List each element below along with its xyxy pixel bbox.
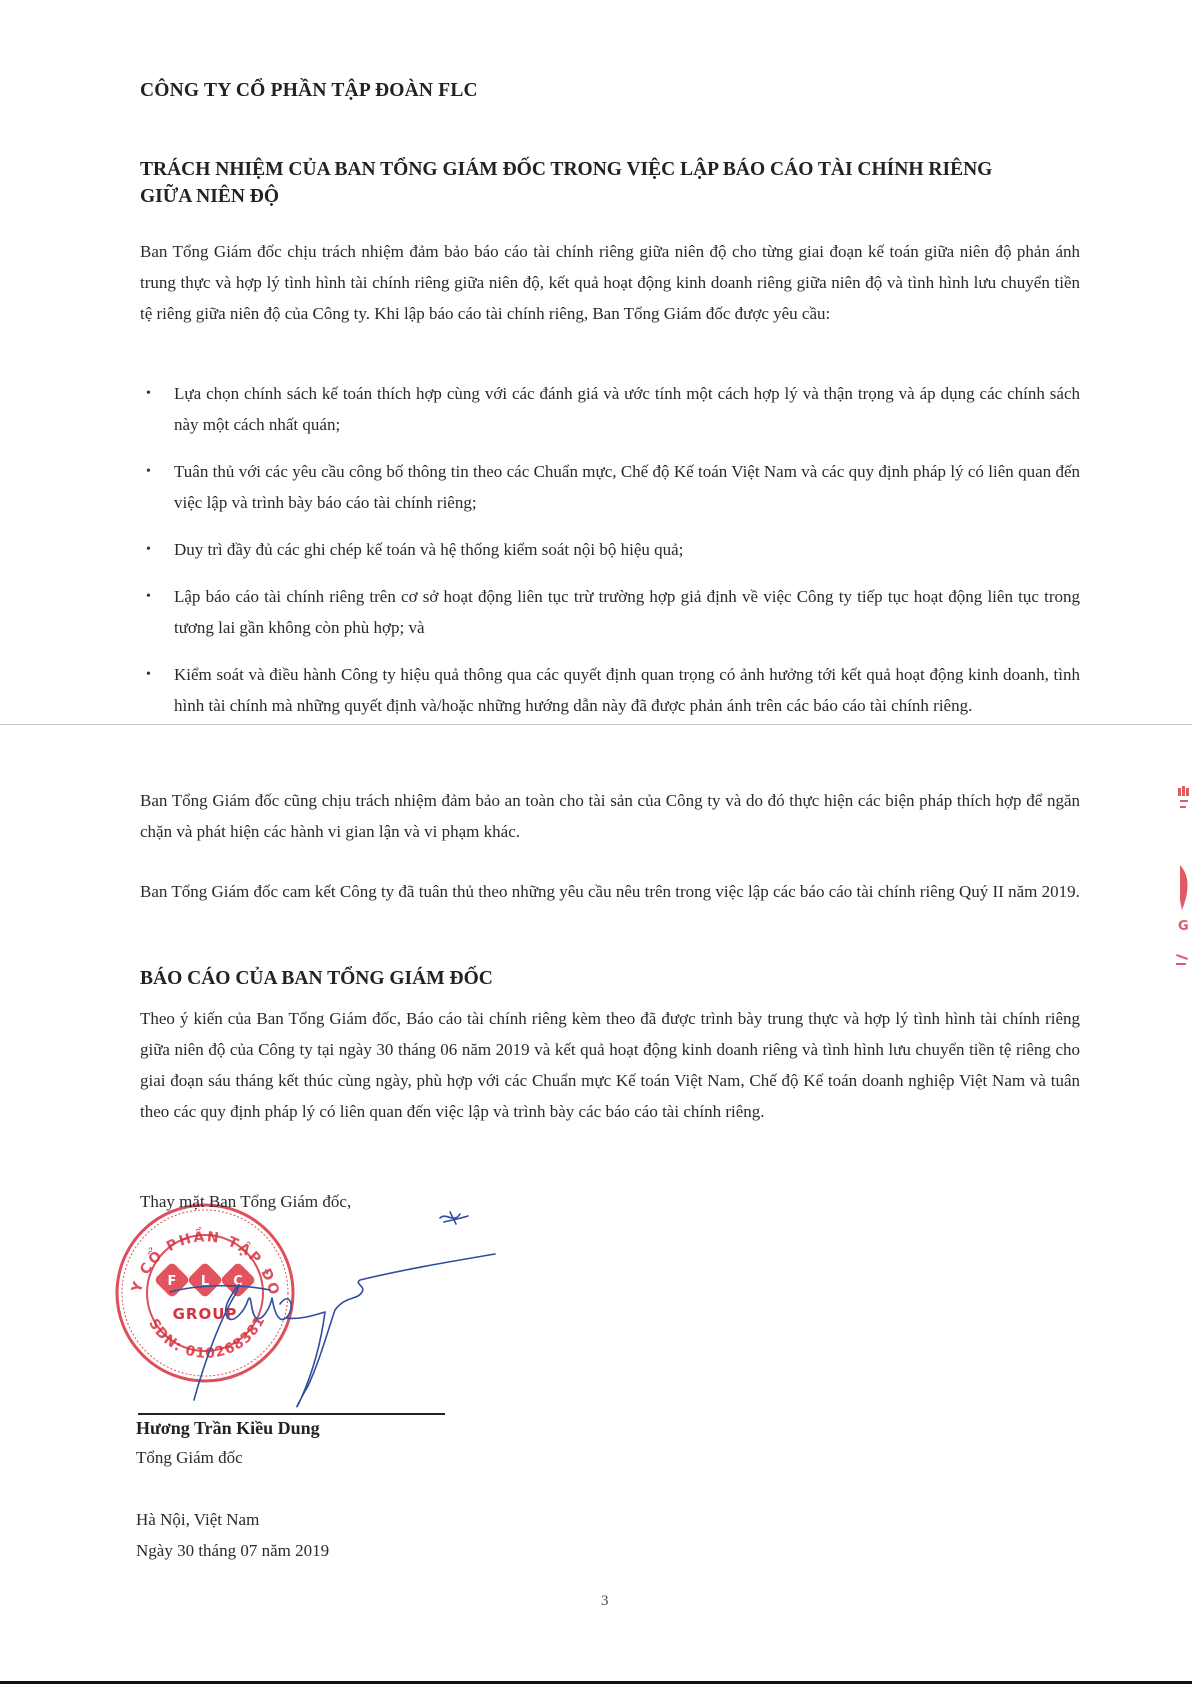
bullet-icon: • — [146, 581, 151, 612]
signer-title: Tổng Giám đốc — [136, 1448, 243, 1468]
svg-text:G: G — [1178, 919, 1189, 934]
list-item-text: Lập báo cáo tài chính riêng trên cơ sở h… — [174, 587, 1080, 637]
opinion-paragraph: Theo ý kiến của Ban Tổng Giám đốc, Báo c… — [140, 1003, 1080, 1127]
signature-line — [138, 1413, 445, 1415]
bullet-icon: • — [146, 659, 151, 690]
page-number: 3 — [601, 1593, 609, 1610]
signature-icon — [110, 1200, 550, 1410]
signer-name: Hương Trần Kiều Dung — [136, 1418, 320, 1439]
edge-seal-icon: G — [1168, 760, 1192, 980]
intro-paragraph: Ban Tổng Giám đốc chịu trách nhiệm đảm b… — [140, 236, 1080, 329]
requirements-list: •Lựa chọn chính sách kế toán thích hợp c… — [140, 378, 1080, 737]
list-item: •Kiểm soát và điều hành Công ty hiệu quả… — [140, 659, 1080, 721]
list-item-text: Tuân thủ với các yêu cầu công bố thông t… — [174, 462, 1080, 512]
safety-paragraph: Ban Tổng Giám đốc cũng chịu trách nhiệm … — [140, 785, 1080, 847]
scan-bottom-border — [0, 1681, 1192, 1684]
bullet-icon: • — [146, 534, 151, 565]
list-item-text: Lựa chọn chính sách kế toán thích hợp cù… — [174, 384, 1080, 434]
list-item-text: Duy trì đầy đủ các ghi chép kế toán và h… — [174, 540, 683, 559]
commitment-paragraph: Ban Tổng Giám đốc cam kết Công ty đã tuâ… — [140, 876, 1080, 907]
bullet-icon: • — [146, 378, 151, 409]
list-item: •Tuân thủ với các yêu cầu công bố thông … — [140, 456, 1080, 518]
section-heading-report: BÁO CÁO CỦA BAN TỔNG GIÁM ĐỐC — [140, 968, 493, 990]
place-label: Hà Nội, Việt Nam — [136, 1510, 259, 1530]
list-item: •Lựa chọn chính sách kế toán thích hợp c… — [140, 378, 1080, 440]
bullet-icon: • — [146, 456, 151, 487]
date-label: Ngày 30 tháng 07 năm 2019 — [136, 1541, 329, 1561]
list-item-text: Kiểm soát và điều hành Công ty hiệu quả … — [174, 665, 1080, 715]
company-name: CÔNG TY CỔ PHẦN TẬP ĐOÀN FLC — [140, 80, 478, 102]
list-item: •Lập báo cáo tài chính riêng trên cơ sở … — [140, 581, 1080, 643]
document-page: CÔNG TY CỔ PHẦN TẬP ĐOÀN FLC TRÁCH NHIỆM… — [0, 0, 1192, 1685]
section-heading-responsibility: TRÁCH NHIỆM CỦA BAN TỔNG GIÁM ĐỐC TRONG … — [140, 156, 1040, 210]
list-item: •Duy trì đầy đủ các ghi chép kế toán và … — [140, 534, 1080, 565]
